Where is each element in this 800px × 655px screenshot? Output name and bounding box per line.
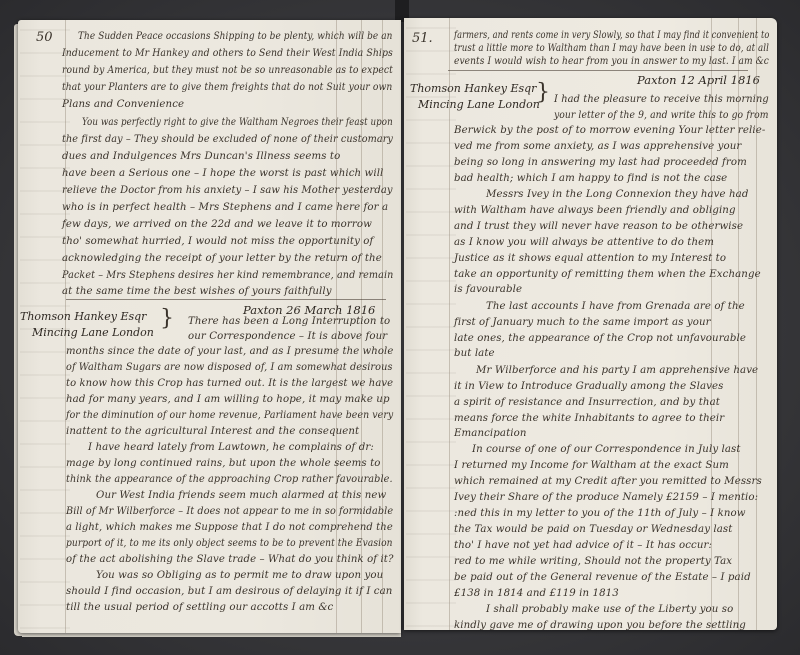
text-line: I returned my Income for Waltham at the … [454, 459, 729, 472]
text-line: as I know you will always be attentive t… [454, 236, 714, 249]
text-line: kindly gave me of drawing upon you befor… [454, 619, 746, 632]
text-line: I shall probably make use of the Liberty… [486, 603, 733, 616]
text-line: the Tax would be paid on Tuesday or Wedn… [454, 523, 732, 536]
right-page: 51. farmers, and rents come in very Slow… [404, 18, 777, 630]
text-line: late ones, the appearance of the Crop no… [454, 332, 746, 345]
text-line: In course of one of our Correspondence i… [472, 443, 741, 456]
text-line: Emancipation [454, 427, 527, 440]
text-line: ved me from some anxiety, as I was appre… [454, 140, 741, 153]
letter-date: Paxton 12 April 1816 [637, 73, 760, 87]
text-line: :ned this in my letter to you of the 11t… [454, 507, 746, 520]
text-line: bad health; which I am happy to find is … [454, 172, 727, 185]
text-line: with Waltham have always been friendly a… [454, 204, 736, 217]
text-line: first of January much to the same import… [454, 316, 711, 329]
addressee-address: Mincing Lane London [418, 98, 540, 111]
page-number: 51. [412, 31, 433, 46]
text-line: means force the white Inhabitants to agr… [454, 412, 724, 425]
text-line: farmers, and rents come in very Slowly, … [454, 29, 769, 42]
addressee-name: Thomson Hankey Esqr [410, 82, 536, 95]
text-line: Mr Wilberforce and his party I am appreh… [476, 364, 758, 377]
text-line: which remained at my Credit after you re… [454, 475, 762, 488]
text-line: I had the pleasure to receive this morni… [554, 93, 769, 106]
text-line: take an opportunity of remitting them wh… [454, 268, 761, 281]
text-line: Justice as it shows equal attention to m… [454, 252, 726, 265]
text-line: events I would wish to hear from you in … [454, 55, 769, 68]
address-brace: } [536, 82, 550, 104]
left-page-lower [18, 20, 401, 633]
text-line: red to me while writing, Should not the … [454, 555, 732, 568]
text-line: and I trust they will never have reason … [454, 220, 743, 233]
text-line: Messrs Ivey in the Long Connexion they h… [486, 188, 748, 201]
text-line: tho' I have not yet had advice of it – I… [454, 539, 712, 552]
text-line: Ivey their Share of the produce Namely £… [454, 491, 758, 504]
text-line: The last accounts I have from Grenada ar… [486, 300, 745, 313]
text-line: it in View to Introduce Gradually among … [454, 380, 723, 393]
text-line: is favourable [454, 283, 522, 296]
text-line: a spirit of resistance and Insurrection,… [454, 396, 720, 409]
text-line: trust a little more to Waltham than I ma… [454, 42, 769, 55]
text-line: be paid out of the General revenue of th… [454, 571, 751, 584]
text-line: but late [454, 347, 495, 360]
text-line: £138 in 1814 and £119 in 1813 [454, 587, 619, 600]
text-line: Berwick by the post of to morrow evening… [454, 124, 765, 137]
text-line: your letter of the 9, and write this to … [554, 109, 769, 122]
letter-separator [448, 70, 748, 71]
text-line: being so long in answering my last had p… [454, 156, 747, 169]
